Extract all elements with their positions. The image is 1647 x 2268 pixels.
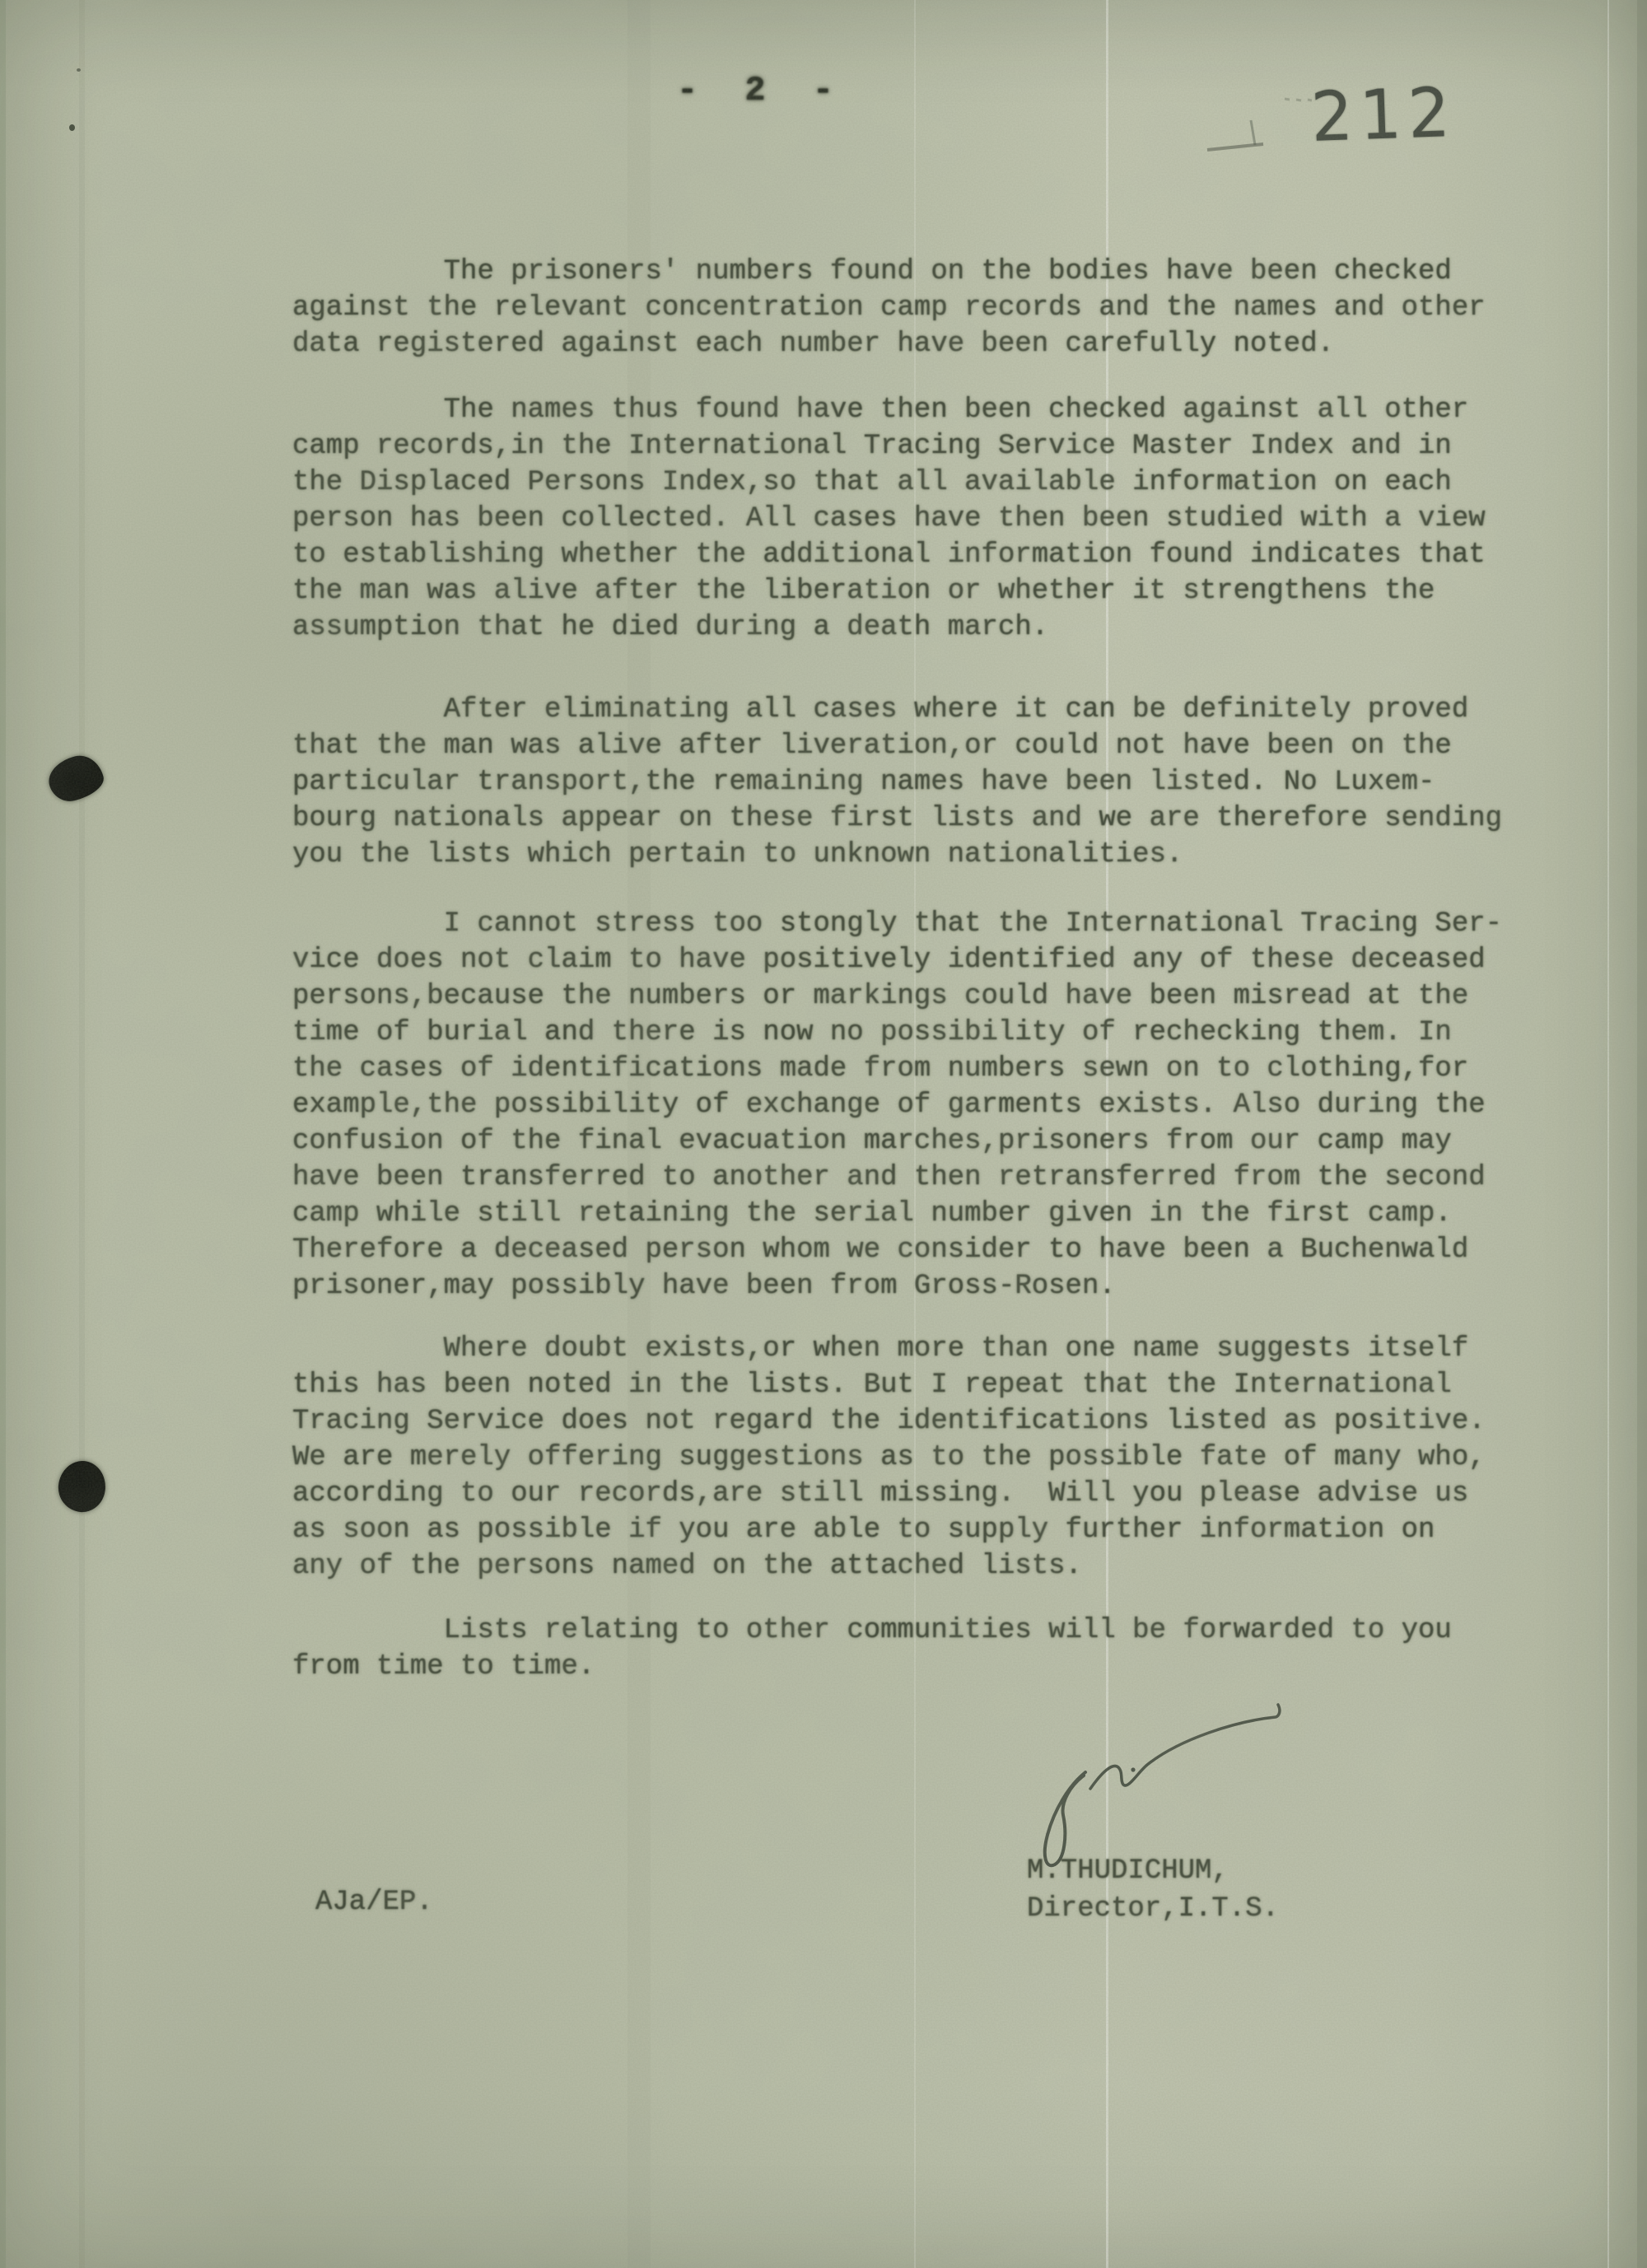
hole-punch-top (44, 751, 108, 805)
paragraph-2: The names thus found have then been chec… (292, 392, 1552, 646)
left-edge-shade (0, 0, 6, 2268)
reference-initials: AJa/EP. (315, 1884, 433, 1920)
paper-speck (77, 68, 81, 72)
typed-signature-name: M.THUDICHUM, (1027, 1853, 1229, 1889)
right-edge-shade (1637, 0, 1647, 2268)
page-number: - 2 - (677, 72, 847, 109)
paragraph-4: I cannot stress too stongly that the Int… (292, 906, 1552, 1304)
paragraph-6: Lists relating to other communities will… (292, 1612, 1552, 1685)
paragraph-3: After eliminating all cases where it can… (292, 692, 1552, 873)
scan-line-3 (1607, 0, 1609, 2268)
paragraph-1: The prisoners' numbers found on the bodi… (292, 254, 1552, 362)
paragraph-5: Where doubt exists,or when more than one… (292, 1331, 1552, 1584)
stamp-number: 212 (1310, 78, 1458, 152)
scanned-letter-page: - 2 - 212 The prisoners' numbers found o… (0, 0, 1647, 2268)
hole-punch-bottom (56, 1458, 108, 1514)
typed-signature-title: Director,I.T.S. (1027, 1891, 1279, 1927)
fold-line-left (79, 0, 85, 2268)
paper-speck (69, 124, 75, 131)
